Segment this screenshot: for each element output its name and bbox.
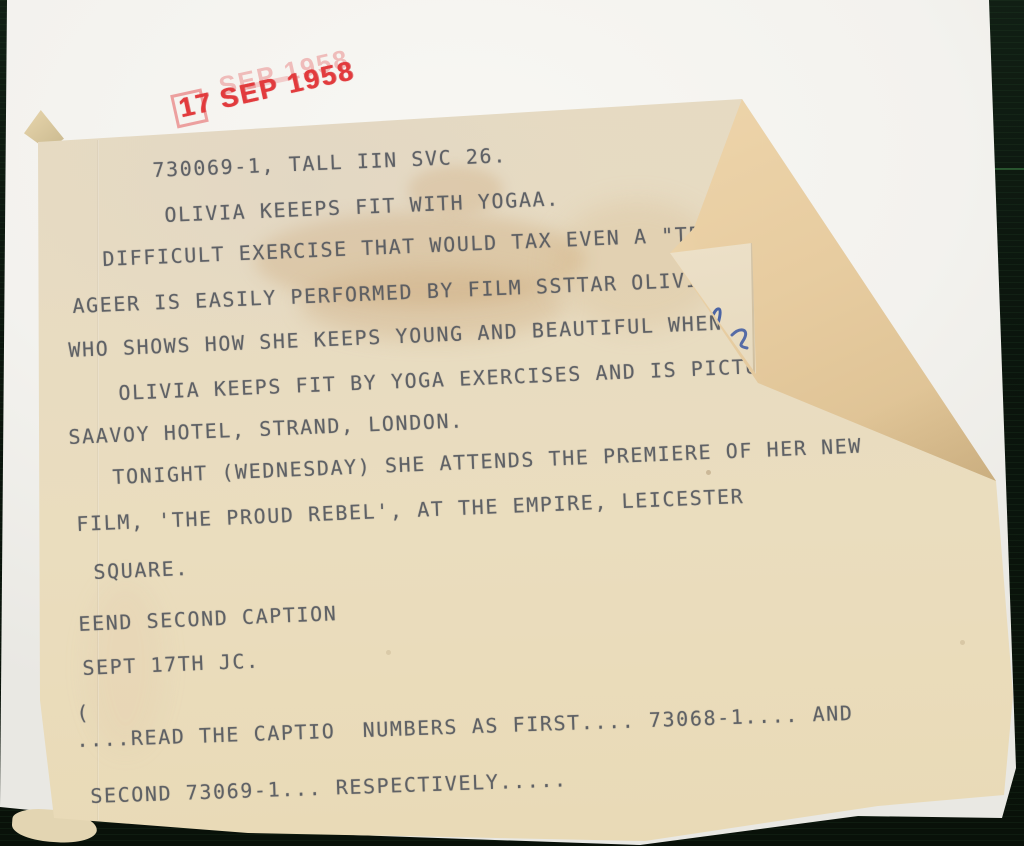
stamp-day: 17 — [176, 87, 216, 124]
photo-of-press-caption: 730069-1, TALL IIN SVC 26. OLIVIA KEEEPS… — [0, 0, 1024, 846]
typed-line: SQUARE. — [93, 558, 189, 582]
paper-crease — [97, 140, 99, 820]
paper-speck — [706, 470, 711, 475]
paper-speck — [960, 640, 965, 645]
paper-speck — [386, 650, 391, 655]
typed-line: ( — [76, 702, 90, 723]
